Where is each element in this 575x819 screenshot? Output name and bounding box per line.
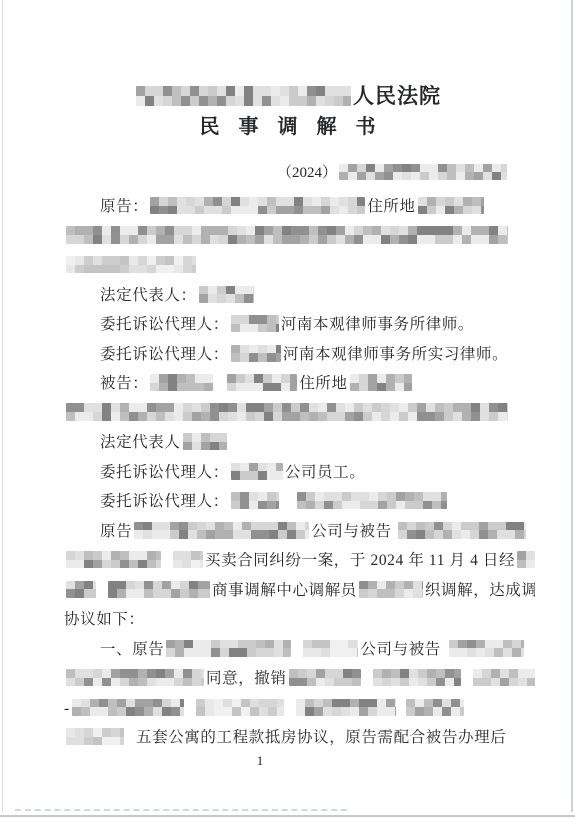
redaction-gap	[463, 682, 471, 683]
document-line: 买卖合同纠纷一案，于 2024 年 11 月 4 日经	[64, 546, 535, 576]
text-run: 一、原告	[100, 641, 164, 658]
redaction-block	[303, 640, 358, 657]
redaction-gap	[293, 653, 301, 654]
document-line: 原告公司与被告	[64, 517, 535, 547]
text-run: 同意，撤销	[206, 670, 287, 687]
text-run: 商事调解中心调解员	[212, 582, 357, 599]
document-line: 同意，撤销	[64, 664, 535, 694]
text-run: -	[64, 700, 70, 717]
text-run: 河南本观律师事务所律师。	[281, 316, 474, 333]
redaction-block	[231, 315, 279, 332]
text-run: 法定代表人：	[100, 287, 197, 304]
redaction-block	[297, 492, 447, 509]
redaction-gap	[126, 741, 136, 742]
text-run: 委托诉讼代理人：	[100, 493, 229, 510]
redaction-block	[196, 699, 284, 716]
redaction-block	[227, 374, 297, 391]
document-line: -	[64, 694, 535, 724]
page-left-border	[2, 0, 3, 812]
redaction-block	[231, 463, 283, 480]
redaction-block	[66, 669, 204, 686]
redaction-block	[166, 640, 291, 657]
document-line	[64, 251, 535, 281]
document-line: 被告：住所地	[64, 369, 535, 399]
document-line: 五套公寓的工程款抵房协议，原告需配合被告办理后	[64, 723, 535, 753]
redaction-block	[66, 551, 161, 568]
document-line: 法定代表人	[64, 428, 535, 458]
redaction-block	[66, 728, 124, 745]
redaction-gap	[186, 712, 194, 713]
redaction-block	[199, 286, 254, 303]
redaction-block	[72, 699, 184, 716]
redaction-gap	[98, 594, 106, 595]
document-line: 法定代表人：	[64, 281, 535, 311]
redaction-gap	[215, 387, 225, 388]
redaction-gap	[281, 505, 295, 506]
text-run: 公司员工。	[285, 464, 366, 481]
case-number-prefix: （2024）	[277, 165, 337, 181]
redaction-block	[373, 669, 461, 686]
redaction-gap	[286, 712, 294, 713]
redaction-block	[517, 551, 535, 568]
redaction-block	[66, 581, 96, 598]
redaction-block	[150, 374, 213, 391]
text-run: 委托诉讼代理人：	[100, 464, 229, 481]
redaction-block	[108, 581, 210, 598]
document-line: 委托诉讼代理人：河南本观律师事务所实习律师。	[64, 340, 535, 370]
redacted-court-name	[136, 86, 351, 106]
redaction-block	[418, 197, 484, 214]
viewport-bottom-edge	[0, 815, 575, 817]
redaction-gap	[398, 712, 404, 713]
text-run: 公司与被告	[311, 523, 392, 540]
redaction-block	[183, 433, 227, 450]
document-line: 商事调解中心调解员织调解，达成调解	[64, 576, 535, 606]
document-header: 人民法院 民事调解书 （2024）	[0, 0, 575, 184]
document-line: 原告：住所地	[64, 192, 535, 222]
document-page: 人民法院 民事调解书 （2024） 原告：住所地法定代表人：委托诉讼代理人：河南…	[0, 0, 575, 819]
redaction-gap	[441, 653, 447, 654]
document-line: 委托诉讼代理人：	[64, 487, 535, 517]
text-run: 委托诉讼代理人：	[100, 316, 229, 333]
text-run: 五套公寓的工程款抵房协议，原告需配合被告办理后	[136, 729, 506, 746]
document-line	[64, 399, 535, 429]
document-body: 原告：住所地法定代表人：委托诉讼代理人：河南本观律师事务所律师。委托诉讼代理人：…	[0, 184, 575, 753]
document-line: 协议如下：	[64, 605, 535, 635]
text-run: 协议如下：	[64, 611, 145, 628]
text-run: 被告：	[100, 375, 148, 392]
text-run: 买卖合同纠纷一案，于 2024 年 11 月 4 日经	[205, 552, 515, 569]
redaction-block	[296, 699, 396, 716]
court-title-line: 人民法院	[0, 83, 575, 110]
redaction-block	[66, 256, 196, 273]
page-number: 1	[0, 753, 520, 769]
redaction-block	[66, 403, 508, 421]
text-run: 公司与被告	[360, 641, 441, 658]
redaction-block	[150, 197, 365, 214]
redaction-block	[231, 492, 279, 509]
redaction-block	[398, 522, 526, 539]
text-run: 住所地	[367, 198, 415, 215]
redaction-block	[231, 345, 281, 362]
court-name-suffix: 人民法院	[353, 84, 441, 108]
text-run: 织调解，达成调解	[425, 582, 535, 599]
redaction-block	[350, 374, 412, 391]
document-title: 民事调解书	[0, 114, 575, 141]
case-number-line: （2024）	[0, 162, 575, 184]
text-run: 原告：	[100, 198, 148, 215]
redacted-case-number	[339, 164, 507, 180]
document-line: 一、原告公司与被告	[64, 635, 535, 665]
redaction-block	[449, 640, 524, 657]
text-run: 委托诉讼代理人：	[100, 346, 229, 363]
text-run: 河南本观律师事务所实习律师。	[283, 346, 508, 363]
text-run: 原告	[100, 523, 132, 540]
text-run: 住所地	[299, 375, 347, 392]
document-line: 委托诉讼代理人：河南本观律师事务所律师。	[64, 310, 535, 340]
document-line	[64, 222, 535, 252]
redaction-block	[134, 522, 309, 539]
redaction-block	[289, 669, 361, 686]
redaction-block	[66, 226, 508, 244]
text-run: 法定代表人	[100, 434, 181, 451]
redaction-block	[406, 699, 464, 716]
redaction-gap	[163, 564, 171, 565]
redaction-block	[473, 669, 535, 686]
page-break-divider	[15, 809, 347, 811]
redaction-gap	[392, 535, 396, 536]
redaction-block	[173, 551, 203, 568]
redaction-gap	[363, 682, 371, 683]
page-right-border	[571, 0, 573, 812]
document-line: 委托诉讼代理人：公司员工。	[64, 458, 535, 488]
redaction-block	[359, 581, 423, 598]
